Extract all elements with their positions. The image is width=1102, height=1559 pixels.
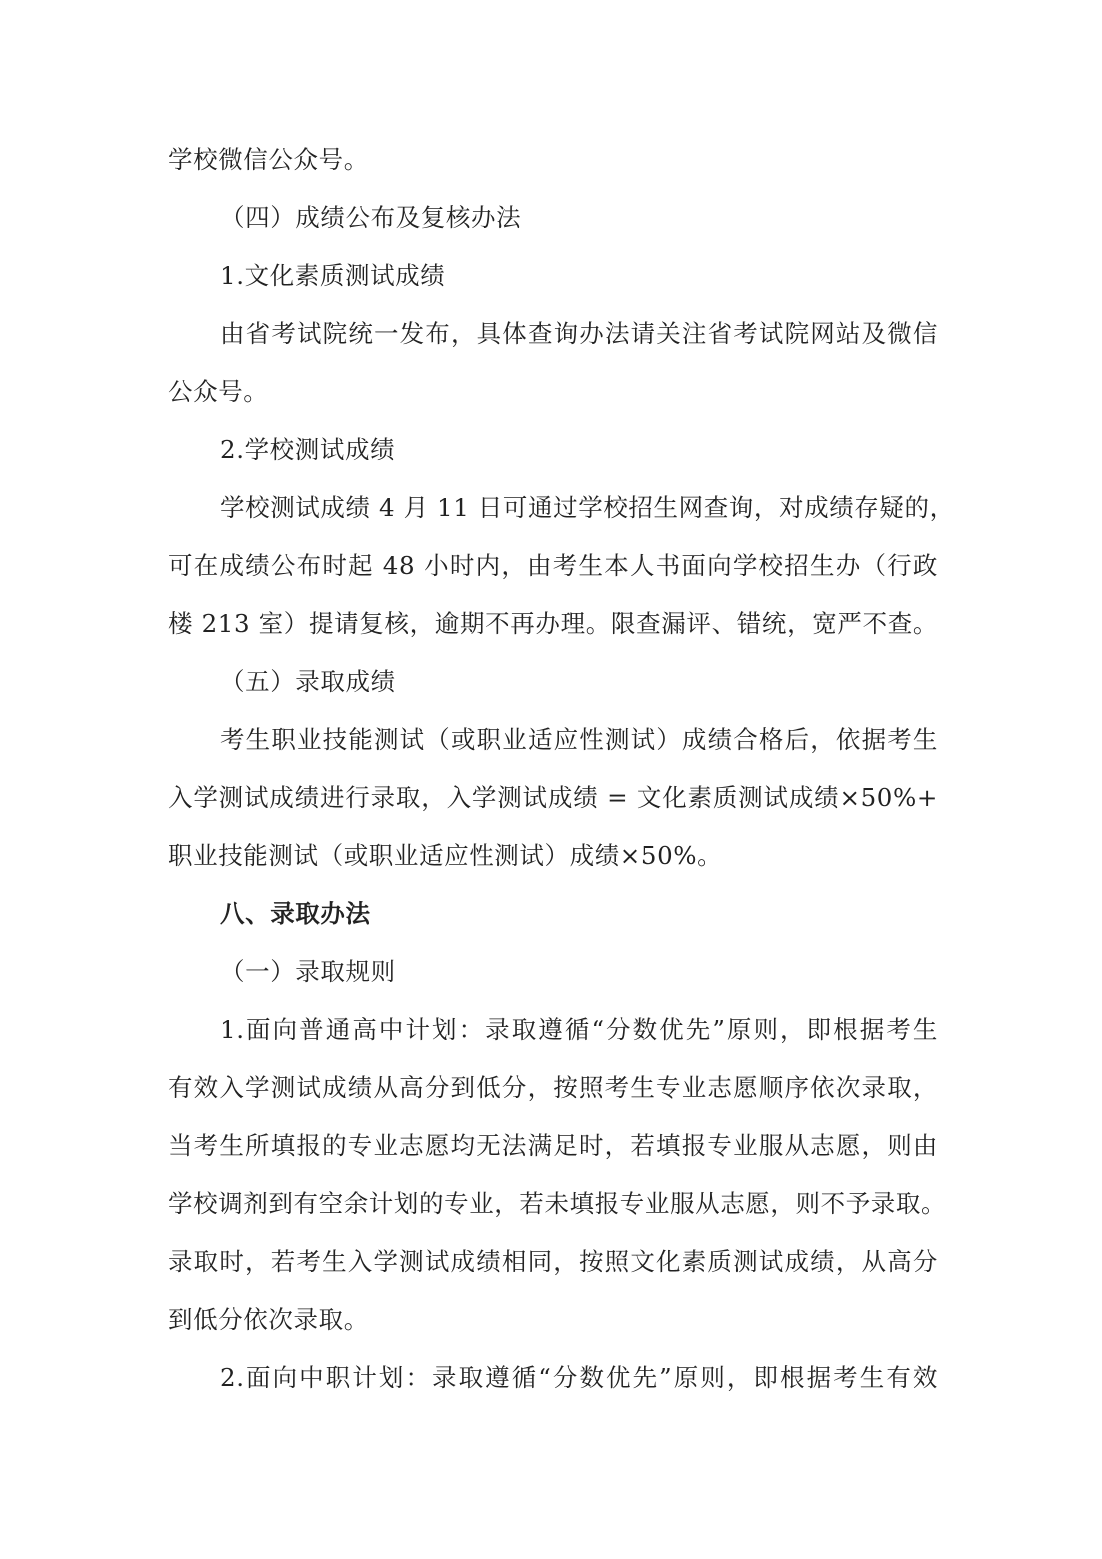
paragraph-line: 学校微信公众号。 (168, 143, 938, 177)
chapter-heading: 八、录取办法 (220, 897, 938, 931)
paragraph-line: 考生职业技能测试（或职业适应性测试）成绩合格后，依据考生 (220, 723, 938, 757)
paragraph-line: 2.面向中职计划：录取遵循“分数优先”原则，即根据考生有效 (220, 1361, 938, 1395)
section-heading: （一）录取规则 (220, 955, 938, 989)
paragraph-line: 到低分依次录取。 (168, 1303, 938, 1337)
paragraph-line: 入学测试成绩进行录取，入学测试成绩 = 文化素质测试成绩×50%+ (168, 781, 938, 815)
subsection-heading: 1.文化素质测试成绩 (220, 259, 938, 293)
section-heading: （五）录取成绩 (220, 665, 938, 699)
paragraph-line: 职业技能测试（或职业适应性测试）成绩×50%。 (168, 839, 938, 873)
section-heading: （四）成绩公布及复核办法 (220, 201, 938, 235)
paragraph-line: 学校测试成绩 4 月 11 日可通过学校招生网查询，对成绩存疑的， (220, 491, 938, 525)
subsection-heading: 2.学校测试成绩 (220, 433, 938, 467)
paragraph-line: 1.面向普通高中计划：录取遵循“分数优先”原则，即根据考生 (220, 1013, 938, 1047)
paragraph-line: 学校调剂到有空余计划的专业，若未填报专业服从志愿，则不予录取。 (168, 1187, 938, 1221)
paragraph-line: 有效入学测试成绩从高分到低分，按照考生专业志愿顺序依次录取， (168, 1071, 938, 1105)
paragraph-line: 可在成绩公布时起 48 小时内，由考生本人书面向学校招生办（行政 (168, 549, 938, 583)
paragraph-line: 当考生所填报的专业志愿均无法满足时，若填报专业服从志愿，则由 (168, 1129, 938, 1163)
paragraph-line: 公众号。 (168, 375, 938, 409)
paragraph-line: 楼 213 室）提请复核，逾期不再办理。限查漏评、错统，宽严不查。 (168, 607, 938, 641)
paragraph-line: 录取时，若考生入学测试成绩相同，按照文化素质测试成绩，从高分 (168, 1245, 938, 1279)
paragraph-line: 由省考试院统一发布，具体查询办法请关注省考试院网站及微信 (220, 317, 938, 351)
